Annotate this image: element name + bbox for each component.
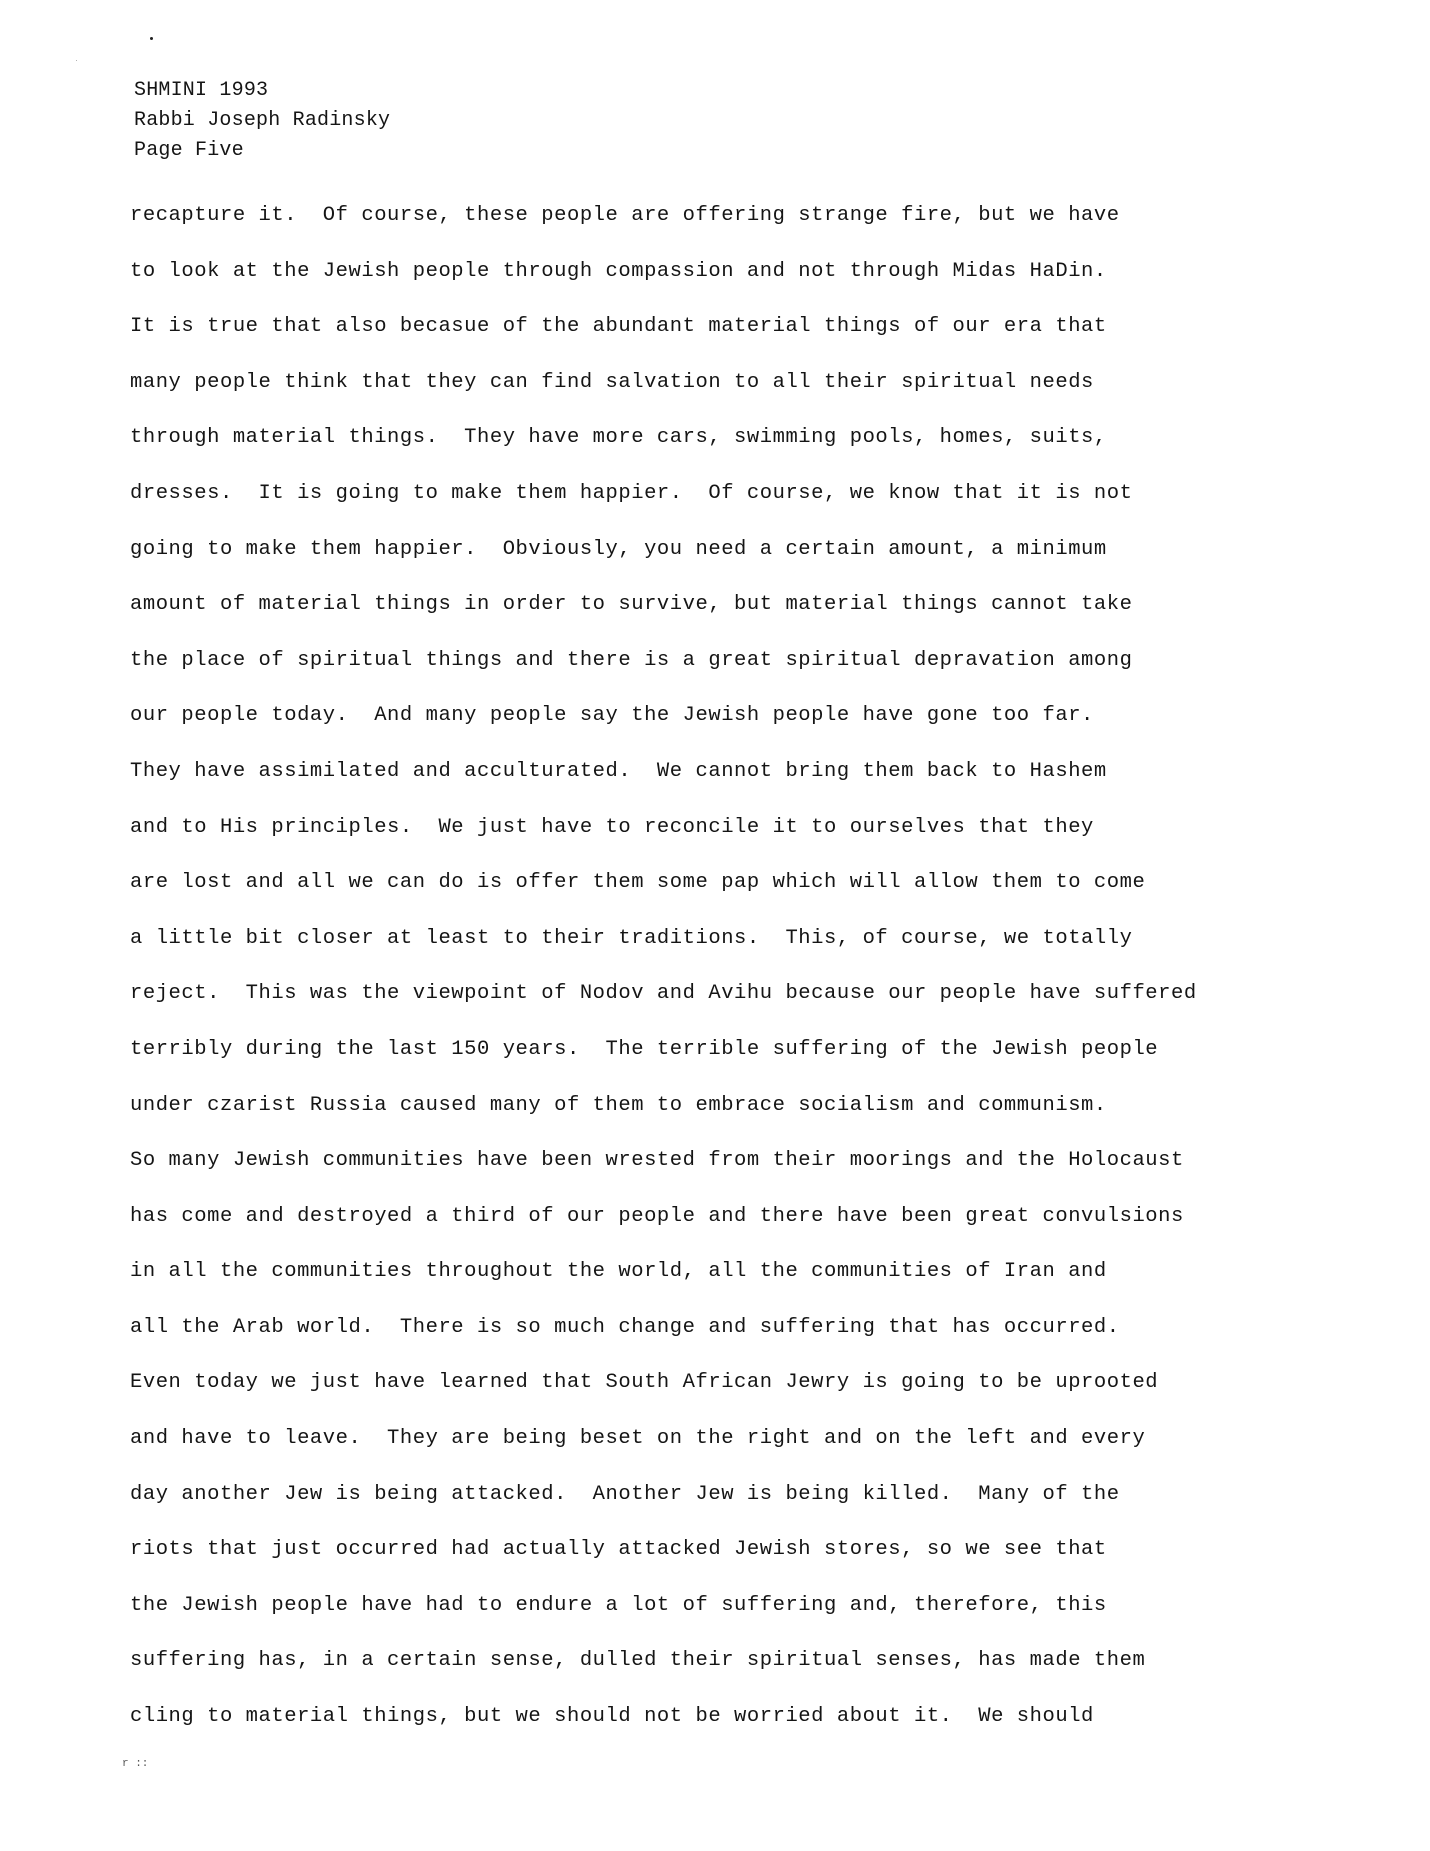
text-line: cling to material things, but we should … [130,1689,1197,1745]
text-line: the place of spiritual things and there … [130,633,1197,689]
text-line: and to His principles. We just have to r… [130,800,1197,856]
text-line: dresses. It is going to make them happie… [130,466,1197,522]
text-line: under czarist Russia caused many of them… [130,1078,1197,1134]
text-line: day another Jew is being attacked. Anoth… [130,1467,1197,1523]
text-line: terribly during the last 150 years. The … [130,1022,1197,1078]
document-title: SHMINI 1993 [134,76,390,106]
text-line: riots that just occurred had actually at… [130,1522,1197,1578]
text-line: all the Arab world. There is so much cha… [130,1300,1197,1356]
scan-speck [76,60,77,61]
text-line: reject. This was the viewpoint of Nodov … [130,966,1197,1022]
text-line: are lost and all we can do is offer them… [130,855,1197,911]
text-line: through material things. They have more … [130,410,1197,466]
text-line: They have assimilated and acculturated. … [130,744,1197,800]
text-line: suffering has, in a certain sense, dulle… [130,1633,1197,1689]
text-line: the Jewish people have had to endure a l… [130,1578,1197,1634]
text-line: many people think that they can find sal… [130,355,1197,411]
text-line: a little bit closer at least to their tr… [130,911,1197,967]
text-line: It is true that also becasue of the abun… [130,299,1197,355]
page-label: Page Five [134,136,390,166]
document-header: SHMINI 1993 Rabbi Joseph Radinsky Page F… [134,76,390,166]
text-line: has come and destroyed a third of our pe… [130,1189,1197,1245]
text-line: in all the communities throughout the wo… [130,1244,1197,1300]
text-line: Even today we just have learned that Sou… [130,1355,1197,1411]
document-author: Rabbi Joseph Radinsky [134,106,390,136]
scan-speck [150,37,153,40]
footer-scan-mark: r :: [122,1758,148,1770]
text-line: and have to leave. They are being beset … [130,1411,1197,1467]
text-line: amount of material things in order to su… [130,577,1197,633]
text-line: going to make them happier. Obviously, y… [130,522,1197,578]
text-line: So many Jewish communities have been wre… [130,1133,1197,1189]
text-line: to look at the Jewish people through com… [130,244,1197,300]
text-line: our people today. And many people say th… [130,688,1197,744]
text-line: recapture it. Of course, these people ar… [130,188,1197,244]
document-body: recapture it. Of course, these people ar… [130,188,1197,1745]
